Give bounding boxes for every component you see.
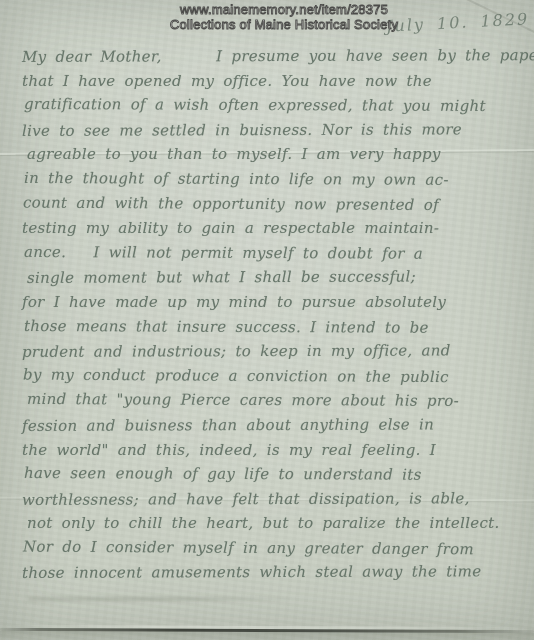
letter-line: for I have made up my mind to pursue abs… bbox=[22, 290, 518, 315]
letter-line: My dear Mother, I presume you have seen … bbox=[22, 43, 518, 69]
letter-line: agreable to you than to myself. I am ver… bbox=[27, 142, 518, 167]
letter-line: in the thought of starting into life on … bbox=[24, 166, 518, 193]
letter-line: fession and buisness than about anything… bbox=[22, 412, 518, 438]
letter-line: single moment but what I shall be succes… bbox=[27, 264, 518, 290]
watermark-url: www.mainememory.net/item/28375 bbox=[170, 2, 398, 17]
letter-scan: www.mainememory.net/item/28375 Collectio… bbox=[0, 0, 534, 640]
letter-line: ance. I will not permit myself to doubt … bbox=[24, 240, 518, 267]
letter-line: those innocent amusements which steal aw… bbox=[22, 560, 518, 586]
letter-line: not only to chill the heart, but to para… bbox=[27, 511, 518, 536]
paper-smudge bbox=[28, 594, 288, 604]
letter-line: mind that "young Pierce cares more about… bbox=[27, 387, 518, 414]
watermark: www.mainememory.net/item/28375 Collectio… bbox=[170, 2, 398, 32]
letter-line: testing my ability to gain a respectable… bbox=[22, 216, 518, 241]
letter-line: that I have opened my office. You have n… bbox=[22, 69, 518, 94]
letter-line: those means that insure success. I inten… bbox=[24, 313, 518, 340]
letter-line: worthlessness; and have felt that dissip… bbox=[22, 486, 518, 512]
letter-line: count and with the opportunity now prese… bbox=[23, 190, 518, 218]
letter-line: prudent and industrious; to keep in my o… bbox=[22, 338, 518, 364]
letter-body: My dear Mother, I presume you have seen … bbox=[22, 44, 518, 585]
letter-line: gratification of a wish often expressed,… bbox=[24, 92, 518, 119]
letter-date: July 10. 1829 bbox=[386, 9, 530, 35]
watermark-credit: Collections of Maine Historical Society bbox=[170, 17, 398, 32]
letter-line: Nor do I consider myself in any greater … bbox=[23, 534, 518, 562]
paper-bottom-edge bbox=[0, 628, 534, 633]
letter-line: have seen enough of gay life to understa… bbox=[24, 461, 518, 488]
letter-line: live to see me settled in buisness. Nor … bbox=[22, 117, 518, 143]
letter-line: the world" and this, indeed, is my real … bbox=[22, 438, 518, 463]
letter-line: by my conduct produce a conviction on th… bbox=[23, 362, 518, 390]
